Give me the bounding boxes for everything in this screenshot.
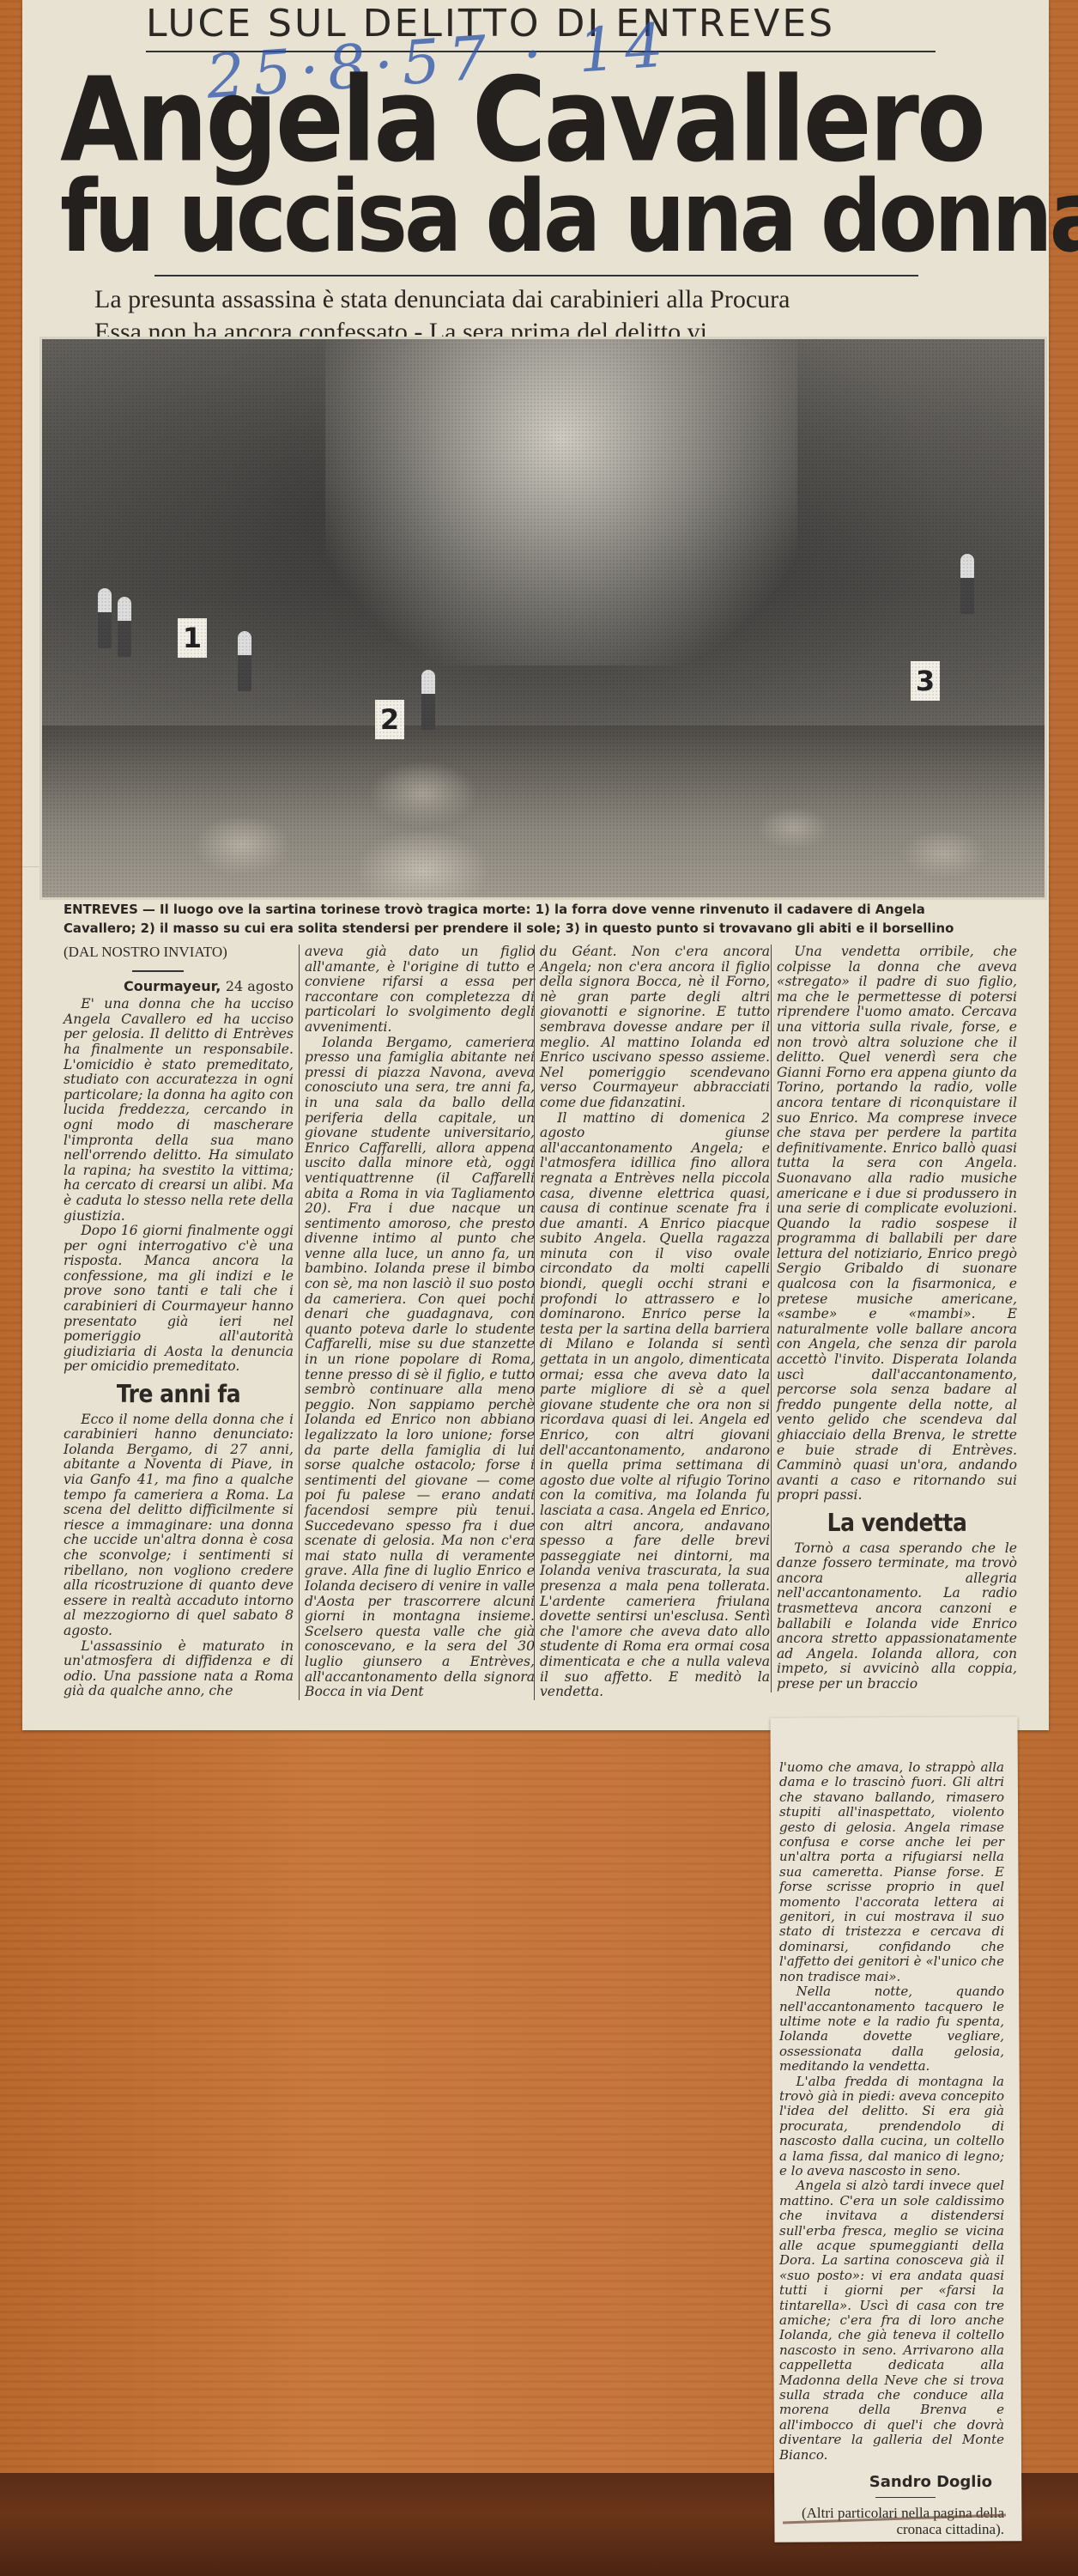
dateline-date: 24 agosto [226,978,294,994]
author-signature: Sandro Doglio [779,2475,992,2489]
dateline-place: Courmayeur, [124,978,221,994]
byline: (DAL NOSTRO INVIATO) [64,945,294,960]
halftone-texture [42,339,1045,897]
article-column-3: du Géant. Non c'era ancora Angela; non c… [534,945,770,1700]
dateline: Courmayeur, 24 agosto [64,979,294,994]
paragraph: Nella notte, quando nell'accantonamento … [779,1984,1004,2074]
headline-line-2: fu uccisa da una donna [60,159,1030,275]
signature-rule [875,2497,936,2498]
paragraph: l'uomo che amava, lo strappò alla dama e… [779,1760,1004,1984]
photo-caption: ENTREVES — Il luogo ove la sartina torin… [64,900,986,938]
paragraph: Iolanda Bergamo, cameriera presso una fa… [305,1036,535,1700]
headline-rule [154,275,918,276]
paragraph: Angela si alzò tardi invece quel mattino… [779,2178,1004,2463]
article-column-2: aveva già dato un figlio all'amante, è l… [299,945,535,1700]
paragraph: du Géant. Non c'era ancora Angela; non c… [540,945,770,1111]
crime-scene-photo: 1 2 3 [39,337,1047,900]
paragraph: Dopo 16 giorni finalmente oggi per ogni … [64,1224,294,1375]
article-column-1: (DAL NOSTRO INVIATO) Courmayeur, 24 agos… [64,945,294,1699]
paragraph: Una vendetta orribile, che colpisse la d… [777,945,1017,1504]
subheadline-line: La presunta assassina è stata denunciata… [94,283,1004,316]
paragraph: Ecco il nome della donna che i carabinie… [64,1413,294,1639]
paragraph: aveva già dato un figlio all'amante, è l… [305,945,535,1036]
byline-rule [132,970,184,972]
paragraph: L'assassinio è maturato in un'atmosfera … [64,1639,294,1699]
article-column-4-continuation: l'uomo che amava, lo strappò alla dama e… [779,1760,1004,2537]
paragraph: E' una donna che ha ucciso Angela Cavall… [64,997,294,1224]
article-column-4: Una vendetta orribile, che colpisse la d… [771,945,1017,1692]
paragraph: Il mattino di domenica 2 agosto giunse a… [540,1111,770,1700]
section-heading-tre-anni-fa: Tre anni fa [64,1386,294,1403]
paragraph: L'alba fredda di montagna la trovò già i… [779,2075,1004,2179]
section-heading-la-vendetta: La vendetta [777,1515,1017,1532]
paragraph: Tornò a casa sperando che le danze fosse… [777,1541,1017,1692]
